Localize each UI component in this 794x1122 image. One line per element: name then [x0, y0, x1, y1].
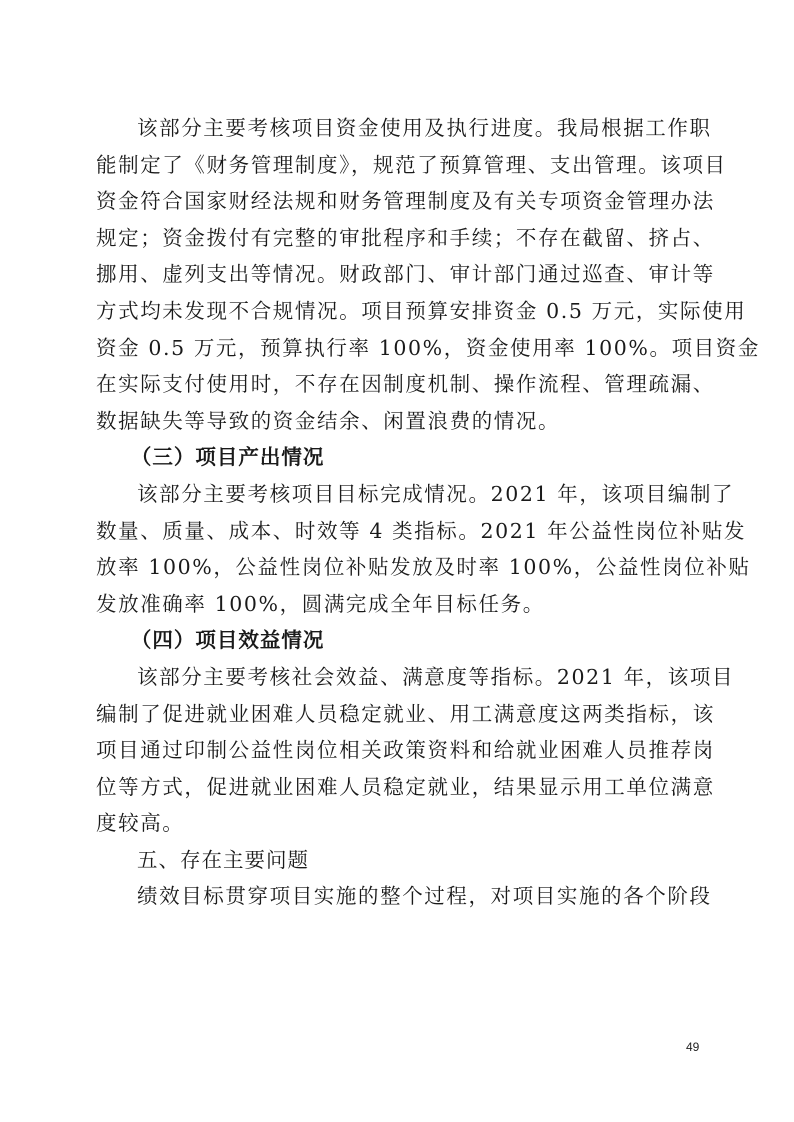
text-line: 在实际支付使用时，不存在因制度机制、操作流程、管理疏漏、	[96, 366, 702, 403]
subheading-project-benefit: （四）项目效益情况	[96, 622, 702, 659]
text-line: 发放准确率 100%，圆满完成全年目标任务。	[96, 586, 702, 623]
text-line: 度较高。	[96, 805, 702, 842]
text-line: 该部分主要考核社会效益、满意度等指标。2021 年，该项目	[96, 659, 702, 696]
text-line: 数量、质量、成本、时效等 4 类指标。2021 年公益性岗位补贴发	[96, 513, 702, 550]
text-line: 挪用、虚列支出等情况。财政部门、审计部门通过巡查、审计等	[96, 256, 702, 293]
paragraph-project-output: 该部分主要考核项目目标完成情况。2021 年，该项目编制了 数量、质量、成本、时…	[96, 476, 702, 622]
document-page: 该部分主要考核项目资金使用及执行进度。我局根据工作职 能制定了《财务管理制度》，…	[96, 110, 702, 915]
subheading-project-output: （三）项目产出情况	[96, 439, 702, 476]
paragraph-main-problems: 绩效目标贯穿项目实施的整个过程，对项目实施的各个阶段	[96, 878, 702, 915]
text-line: 位等方式，促进就业困难人员稳定就业，结果显示用工单位满意	[96, 769, 702, 806]
text-line: 编制了促进就业困难人员稳定就业、用工满意度这两类指标，该	[96, 696, 702, 733]
text-line: 资金 0.5 万元，预算执行率 100%，资金使用率 100%。项目资金	[96, 330, 702, 367]
paragraph-fund-usage: 该部分主要考核项目资金使用及执行进度。我局根据工作职 能制定了《财务管理制度》，…	[96, 110, 702, 439]
paragraph-project-benefit: 该部分主要考核社会效益、满意度等指标。2021 年，该项目 编制了促进就业困难人…	[96, 659, 702, 842]
text-line: 资金符合国家财经法规和财务管理制度及有关专项资金管理办法	[96, 183, 702, 220]
heading-main-problems: 五、存在主要问题	[96, 842, 702, 879]
text-line: 该部分主要考核项目资金使用及执行进度。我局根据工作职	[96, 110, 702, 147]
page-number: 49	[686, 1040, 699, 1054]
text-line: 放率 100%，公益性岗位补贴发放及时率 100%，公益性岗位补贴	[96, 549, 702, 586]
text-line: 该部分主要考核项目目标完成情况。2021 年，该项目编制了	[96, 476, 702, 513]
text-line: 绩效目标贯穿项目实施的整个过程，对项目实施的各个阶段	[96, 878, 702, 915]
text-line: 项目通过印制公益性岗位相关政策资料和给就业困难人员推荐岗	[96, 732, 702, 769]
text-line: 方式均未发现不合规情况。项目预算安排资金 0.5 万元，实际使用	[96, 293, 702, 330]
text-line: 数据缺失等导致的资金结余、闲置浪费的情况。	[96, 403, 702, 440]
text-line: 规定；资金拨付有完整的审批程序和手续；不存在截留、挤占、	[96, 220, 702, 257]
text-line: 能制定了《财务管理制度》，规范了预算管理、支出管理。该项目	[96, 147, 702, 184]
